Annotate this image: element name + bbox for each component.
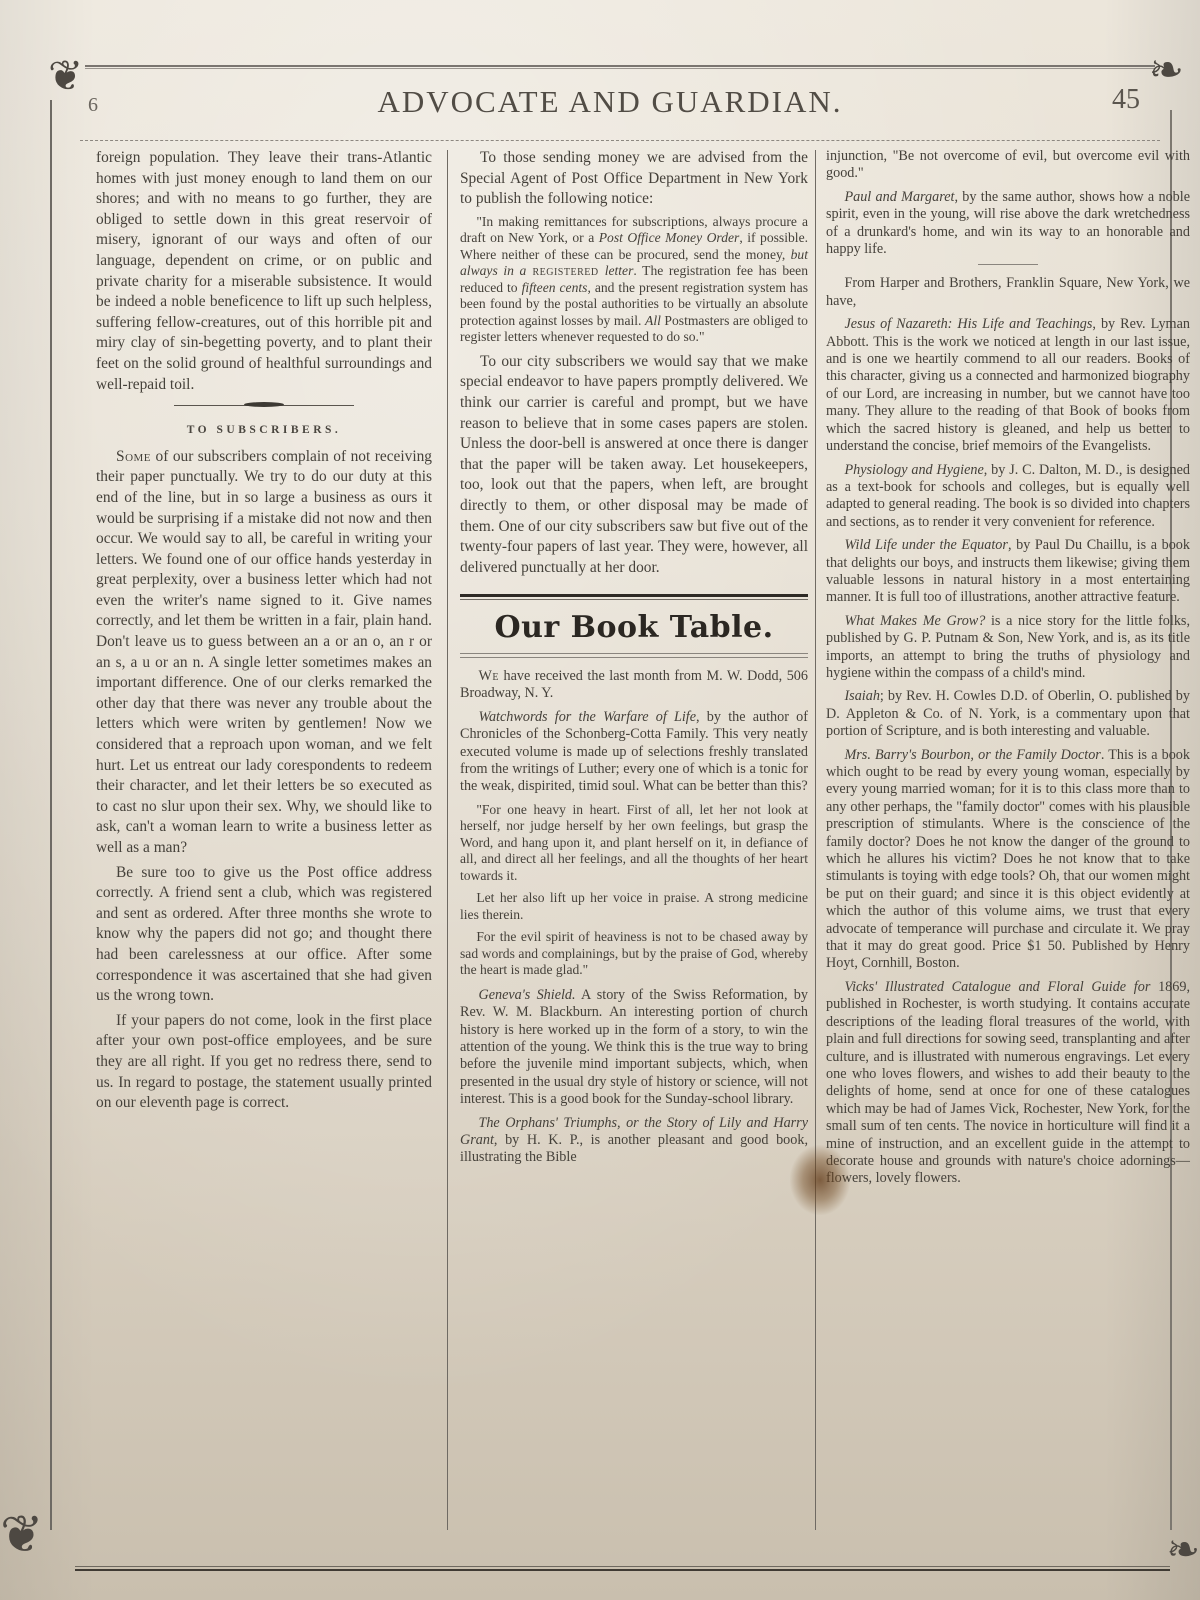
ornamental-divider xyxy=(174,405,354,408)
review-mrs-barrys-bourbon: Mrs. Barry's Bourbon, or the Family Doct… xyxy=(826,747,1190,973)
page-number: 45 xyxy=(1112,84,1140,116)
review-isaiah: Isaiah; by Rev. H. Cowles D.D. of Oberli… xyxy=(826,688,1190,740)
review-physiology-hygiene: Physiology and Hygiene, by J. C. Dalton,… xyxy=(826,462,1190,532)
review-paul-and-margaret: Paul and Margaret, by the same author, s… xyxy=(826,189,1190,259)
review-what-makes-me-grow: What Makes Me Grow? is a nice story for … xyxy=(826,613,1190,683)
book-table-heading: Our Book Table. xyxy=(460,600,808,653)
column-1: foreign population. They leave their tra… xyxy=(96,148,432,1118)
harper-intro: From Harper and Brothers, Franklin Squar… xyxy=(826,275,1190,310)
post-office-notice: "In making remittances for subscriptions… xyxy=(460,214,808,346)
remittance-paragraph: To those sending money we are advised fr… xyxy=(460,148,808,210)
review-watchwords: Watchwords for the Warfare of Life, by t… xyxy=(460,709,808,796)
luther-quote: "For one heavy in heart. First of all, l… xyxy=(460,802,808,979)
review-vicks-catalogue: Vicks' Illustrated Catalogue and Floral … xyxy=(826,979,1190,1188)
publication-title: ADVOCATE AND GUARDIAN. xyxy=(60,84,1160,120)
subscribers-paragraph: Be sure too to give us the Post office a… xyxy=(96,863,432,1007)
masthead: 6 ADVOCATE AND GUARDIAN. 45 xyxy=(60,80,1160,130)
article-continuation: foreign population. They leave their tra… xyxy=(96,148,432,395)
review-continuation: injunction, "Be not overcome of evil, bu… xyxy=(826,148,1190,183)
column-3: injunction, "Be not overcome of evil, bu… xyxy=(826,148,1190,1194)
review-wild-life: Wild Life under the Equator, by Paul Du … xyxy=(826,537,1190,607)
review-orphans-triumphs: The Orphans' Triumphs, or the Story of L… xyxy=(460,1115,808,1167)
review-genevas-shield: Geneva's Shield. A story of the Swiss Re… xyxy=(460,987,808,1109)
frame-left-border xyxy=(50,100,52,1530)
book-reviews: We have received the last month from M. … xyxy=(460,668,808,1167)
column-divider xyxy=(815,150,816,1530)
review-jesus-of-nazareth: Jesus of Nazareth: His Life and Teaching… xyxy=(826,316,1190,455)
column-2: To those sending money we are advised fr… xyxy=(460,148,808,1173)
short-divider xyxy=(978,264,1038,265)
corner-flourish-icon: ❦ xyxy=(0,1510,44,1562)
header-rule xyxy=(80,140,1160,142)
book-table-bottom-rule xyxy=(460,653,808,658)
corner-flourish-icon: ❧ xyxy=(1166,1530,1200,1570)
section-heading-to-subscribers: TO SUBSCRIBERS. xyxy=(96,420,432,441)
frame-top-border xyxy=(85,65,1155,69)
subscribers-paragraph: If your papers do not come, look in the … xyxy=(96,1011,432,1114)
city-subscribers-paragraph: To our city subscribers we would say tha… xyxy=(460,352,808,579)
column-divider xyxy=(447,150,448,1530)
frame-bottom-border xyxy=(75,1566,1170,1571)
book-table-intro: We have received the last month from M. … xyxy=(460,668,808,703)
subscribers-paragraph: Some of our subscribers complain of not … xyxy=(96,447,432,859)
